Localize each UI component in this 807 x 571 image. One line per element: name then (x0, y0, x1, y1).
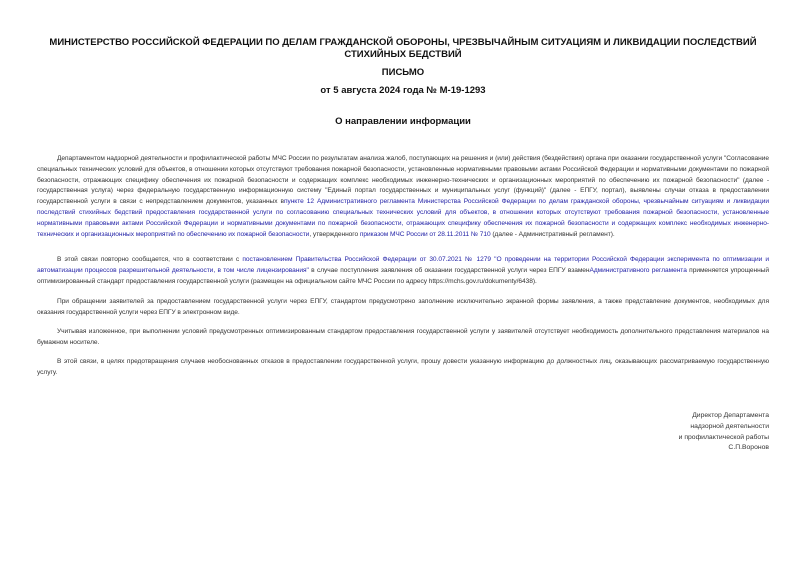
signature-block: Директор Департамента надзорной деятельн… (679, 411, 769, 454)
document-type: ПИСЬМО (37, 67, 769, 79)
paragraph-1: Департаментом надзорной деятельности и п… (37, 154, 769, 240)
signature-position-line-1: Директор Департамента (679, 411, 769, 422)
paragraph-1-text-c: (далее - Административный регламент). (491, 231, 615, 238)
ministry-title: МИНИСТЕРСТВО РОССИЙСКОЙ ФЕДЕРАЦИИ ПО ДЕЛ… (37, 37, 769, 61)
paragraph-5: В этой связи, в целях предотвращения слу… (37, 357, 769, 379)
paragraph-2-text-b: в случае поступления заявления об оказан… (309, 267, 590, 274)
paragraph-2-text-a: В этой связи повторно сообщается, что в … (57, 256, 242, 263)
document-date-number: от 5 августа 2024 года № М-19-1293 (37, 85, 769, 97)
signature-position-line-2: надзорной деятельности (679, 422, 769, 433)
document-subject: О направлении информации (37, 116, 769, 128)
paragraph-1-text-b: , утвержденного (309, 231, 360, 238)
signature-name: С.П.Воронов (679, 443, 769, 454)
paragraph-3-text: При обращении заявителей за предоставлен… (37, 298, 769, 316)
paragraph-3: При обращении заявителей за предоставлен… (37, 297, 769, 319)
paragraph-5-text: В этой связи, в целях предотвращения слу… (37, 358, 769, 376)
link-order-710[interactable]: приказом МЧС России от 28.11.2011 № 710 (360, 231, 491, 238)
paragraph-4-text: Учитывая изложенное, при выполнении усло… (37, 328, 769, 346)
paragraph-4: Учитывая изложенное, при выполнении усло… (37, 327, 769, 349)
signature-position-line-3: и профилактической работы (679, 433, 769, 444)
link-administrative-regulation[interactable]: Административного регламента (590, 267, 687, 274)
paragraph-2: В этой связи повторно сообщается, что в … (37, 255, 769, 287)
